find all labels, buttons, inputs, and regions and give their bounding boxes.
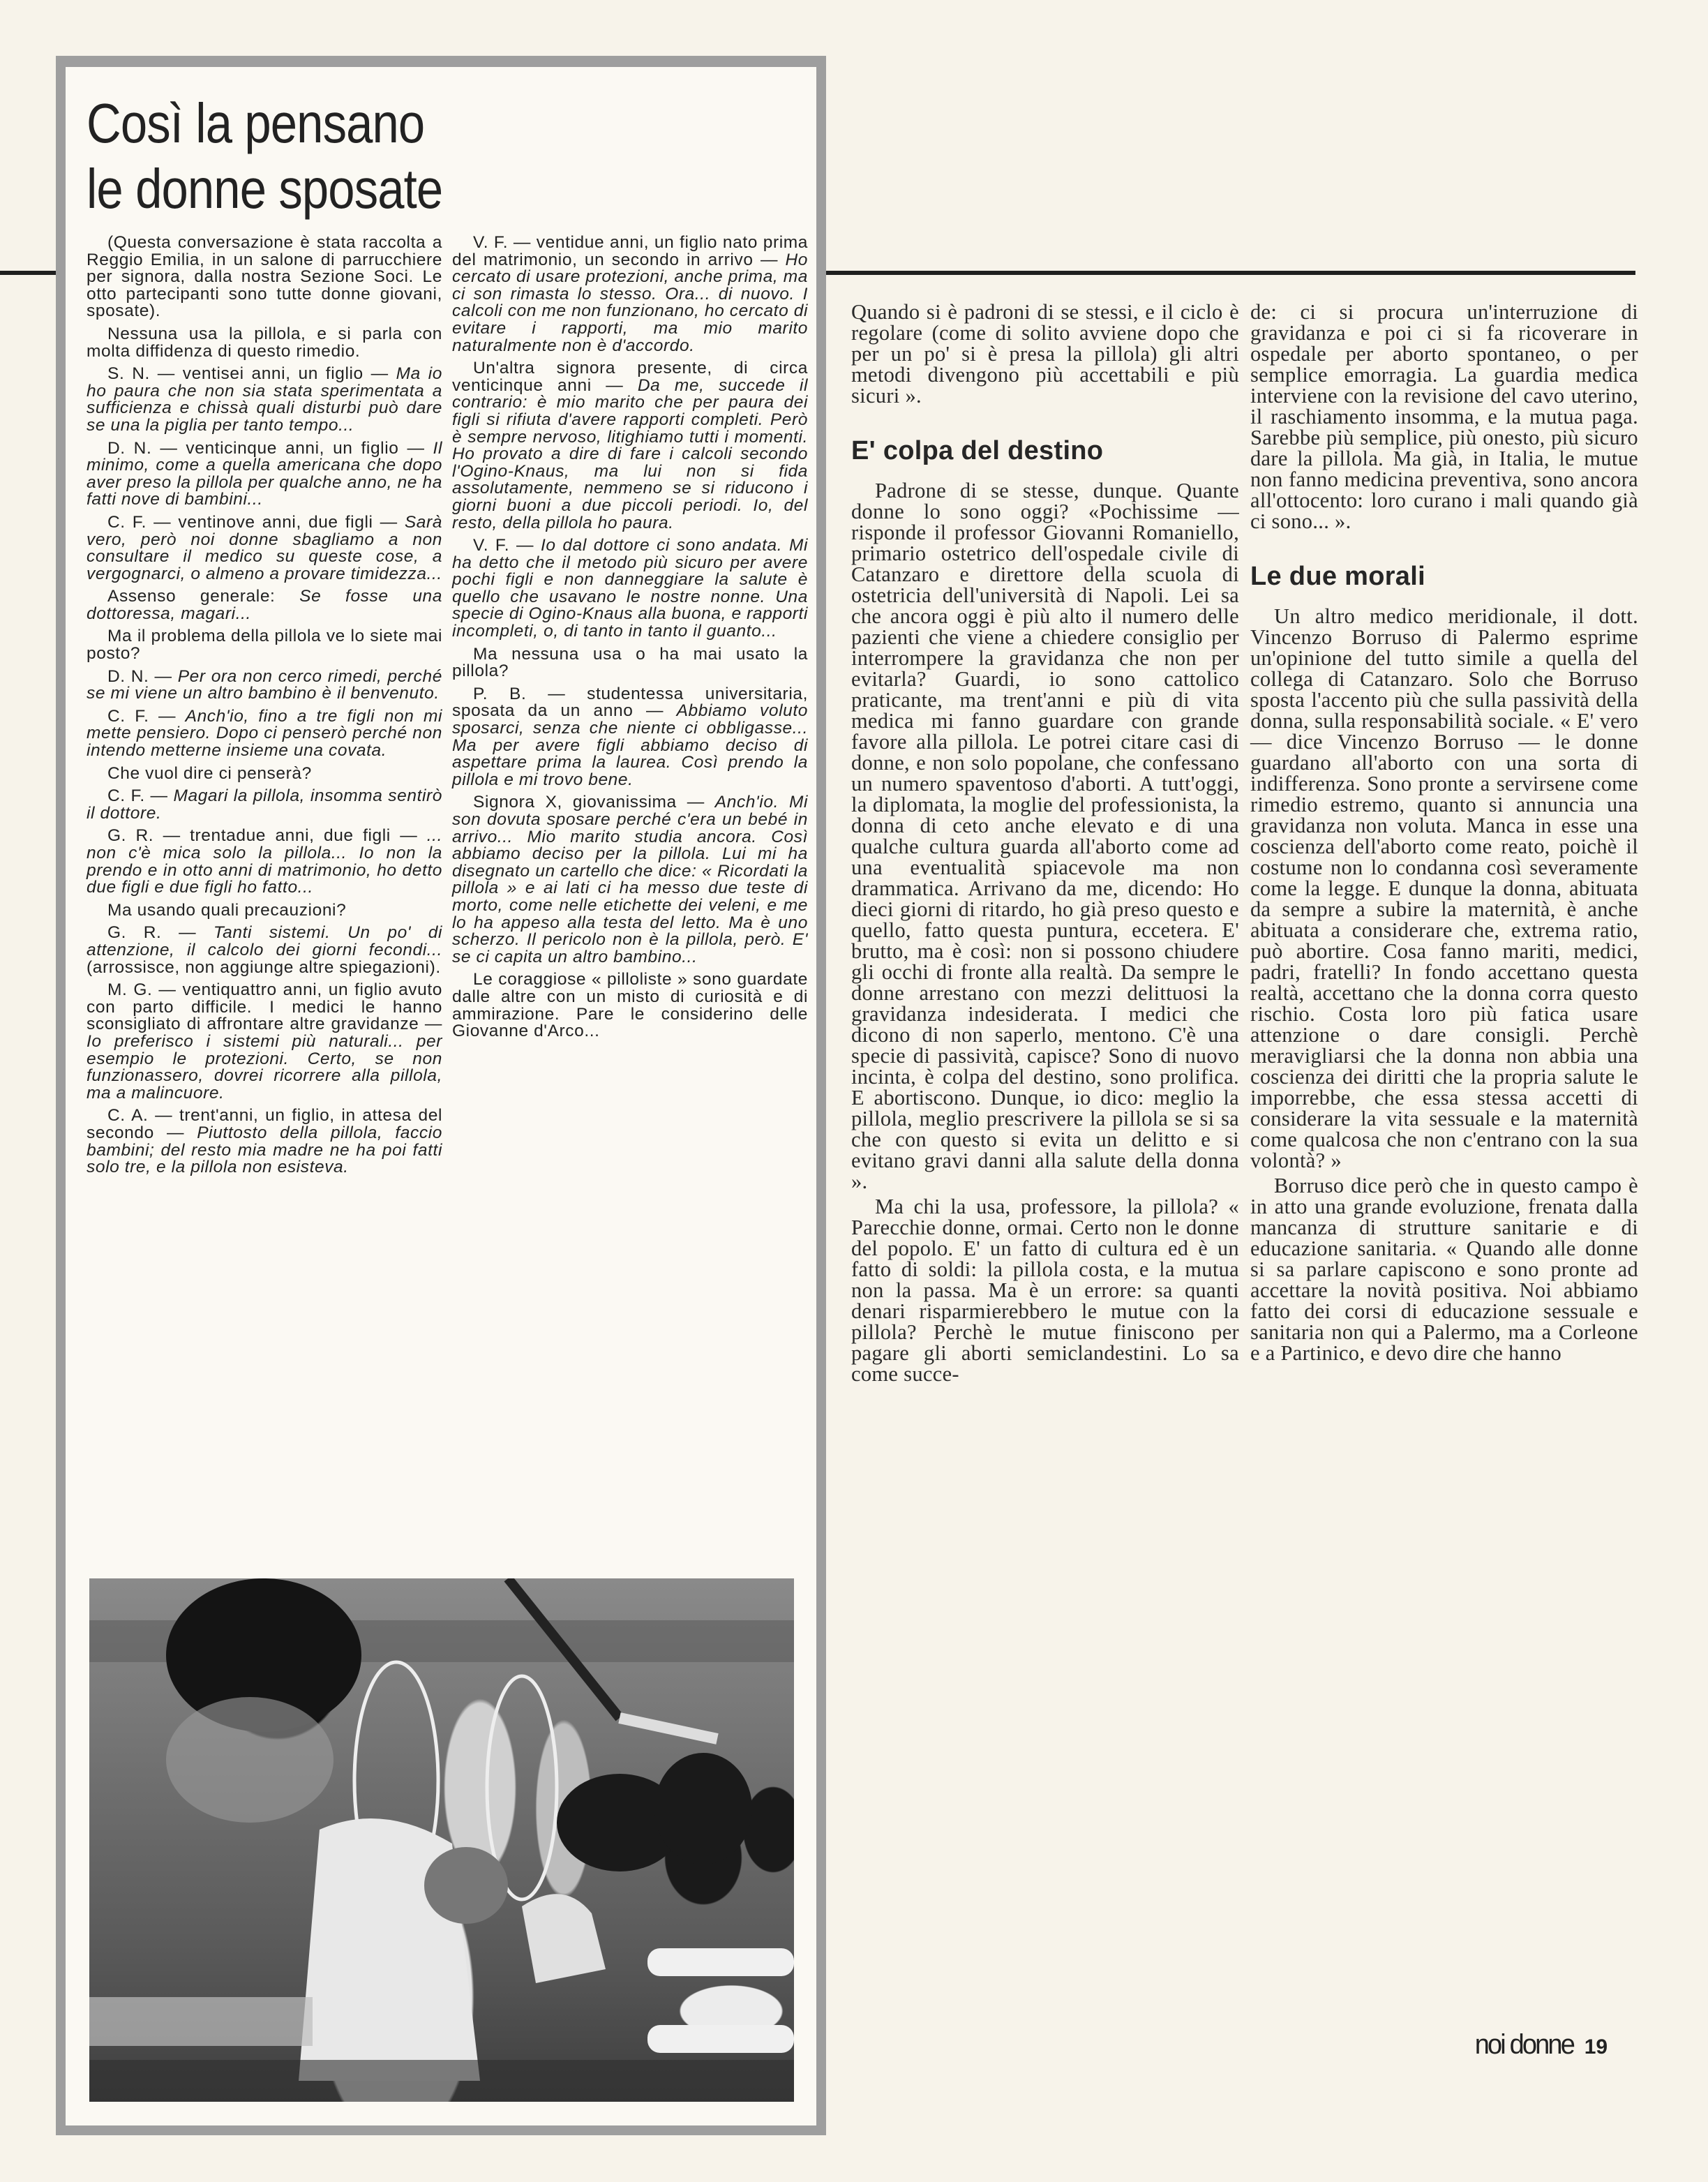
paragraph: Borruso dice però che in questo campo è … — [1250, 1175, 1638, 1363]
sidebar-column-2: V. F. — ventidue anni, un figlio nato pr… — [452, 234, 808, 1046]
paragraph: Ma nessuna usa o ha mai usato la pillola… — [452, 646, 808, 680]
paragraph: Nessuna usa la pillola, e si parla con m… — [87, 326, 442, 360]
sidebar-title-line2: le donne sposate — [87, 158, 442, 220]
paragraph: V. F. — Io dal dottore ci sono andata. M… — [452, 537, 808, 641]
paragraph: P. B. — studentessa universitaria, sposa… — [452, 686, 808, 789]
paragraph: C. F. — Anch'io, fino a tre figli non mi… — [87, 708, 442, 760]
section-heading-colpa-del-destino: E' colpa del destino — [851, 437, 1239, 465]
magazine-logo: noi donne — [1475, 2029, 1573, 2061]
sidebar-title: Così la pensano le donne sposate — [87, 91, 442, 222]
paragraph: Padrone di se stesse, dunque. Quante don… — [851, 480, 1239, 1192]
paragraph: (Questa conversazione è stata raccolta a… — [87, 234, 442, 320]
paragraph: D. N. — venticinque anni, un figlio — Il… — [87, 440, 442, 509]
page-footer: noi donne 19 — [1472, 2029, 1608, 2061]
horizontal-rule-left — [0, 271, 59, 275]
paragraph: Ma il problema della pillola ve lo siete… — [87, 628, 442, 662]
salon-photo — [89, 1578, 794, 2102]
paragraph: C. A. — trent'anni, un figlio, in attesa… — [87, 1107, 442, 1176]
paragraph: Signora X, giovanissima — Anch'io. Mi so… — [452, 794, 808, 966]
paragraph: D. N. — Per ora non cerco rimedi, perché… — [87, 668, 442, 703]
paragraph: Assenso generale: Se fosse una dottoress… — [87, 588, 442, 622]
page-number: 19 — [1585, 2035, 1608, 2059]
paragraph: S. N. — ventisei anni, un figlio — Ma io… — [87, 366, 442, 434]
paragraph: G. R. — Tanti sistemi. Un po' di attenzi… — [87, 925, 442, 976]
article-column-4: de: ci si procura un'interruzione di gra… — [1250, 301, 1638, 1368]
paragraph: Un altro medico meridionale, il dott. Vi… — [1250, 606, 1638, 1171]
sidebar-title-line1: Così la pensano — [87, 92, 424, 154]
article-column-3: Quando si è padroni di se stessi, e il c… — [851, 301, 1239, 1389]
paragraph: C. F. — ventinove anni, due figli — Sarà… — [87, 514, 442, 583]
paragraph: de: ci si procura un'interruzione di gra… — [1250, 301, 1638, 532]
paragraph: Quando si è padroni di se stessi, e il c… — [851, 301, 1239, 406]
paragraph: Ma usando quali precauzioni? — [87, 902, 442, 920]
paragraph: C. F. — Magari la pillola, insomma senti… — [87, 788, 442, 822]
paragraph: Le coraggiose « pilloliste » sono guarda… — [452, 971, 808, 1040]
paragraph: Ma chi la usa, professore, la pillola? «… — [851, 1196, 1239, 1384]
paragraph: M. G. — ventiquattro anni, un figlio avu… — [87, 982, 442, 1102]
paragraph: Che vuol dire ci penserà? — [87, 765, 442, 783]
paragraph: G. R. — trentadue anni, due figli — ... … — [87, 828, 442, 896]
section-heading-due-morali: Le due morali — [1250, 562, 1638, 590]
sidebar-column-1: (Questa conversazione è stata raccolta a… — [87, 234, 442, 1182]
paragraph: V. F. — ventidue anni, un figlio nato pr… — [452, 234, 808, 354]
paragraph: Un'altra signora presente, di circa vent… — [452, 360, 808, 532]
horizontal-rule-right — [825, 271, 1635, 275]
photo-illustration — [89, 1578, 794, 2102]
